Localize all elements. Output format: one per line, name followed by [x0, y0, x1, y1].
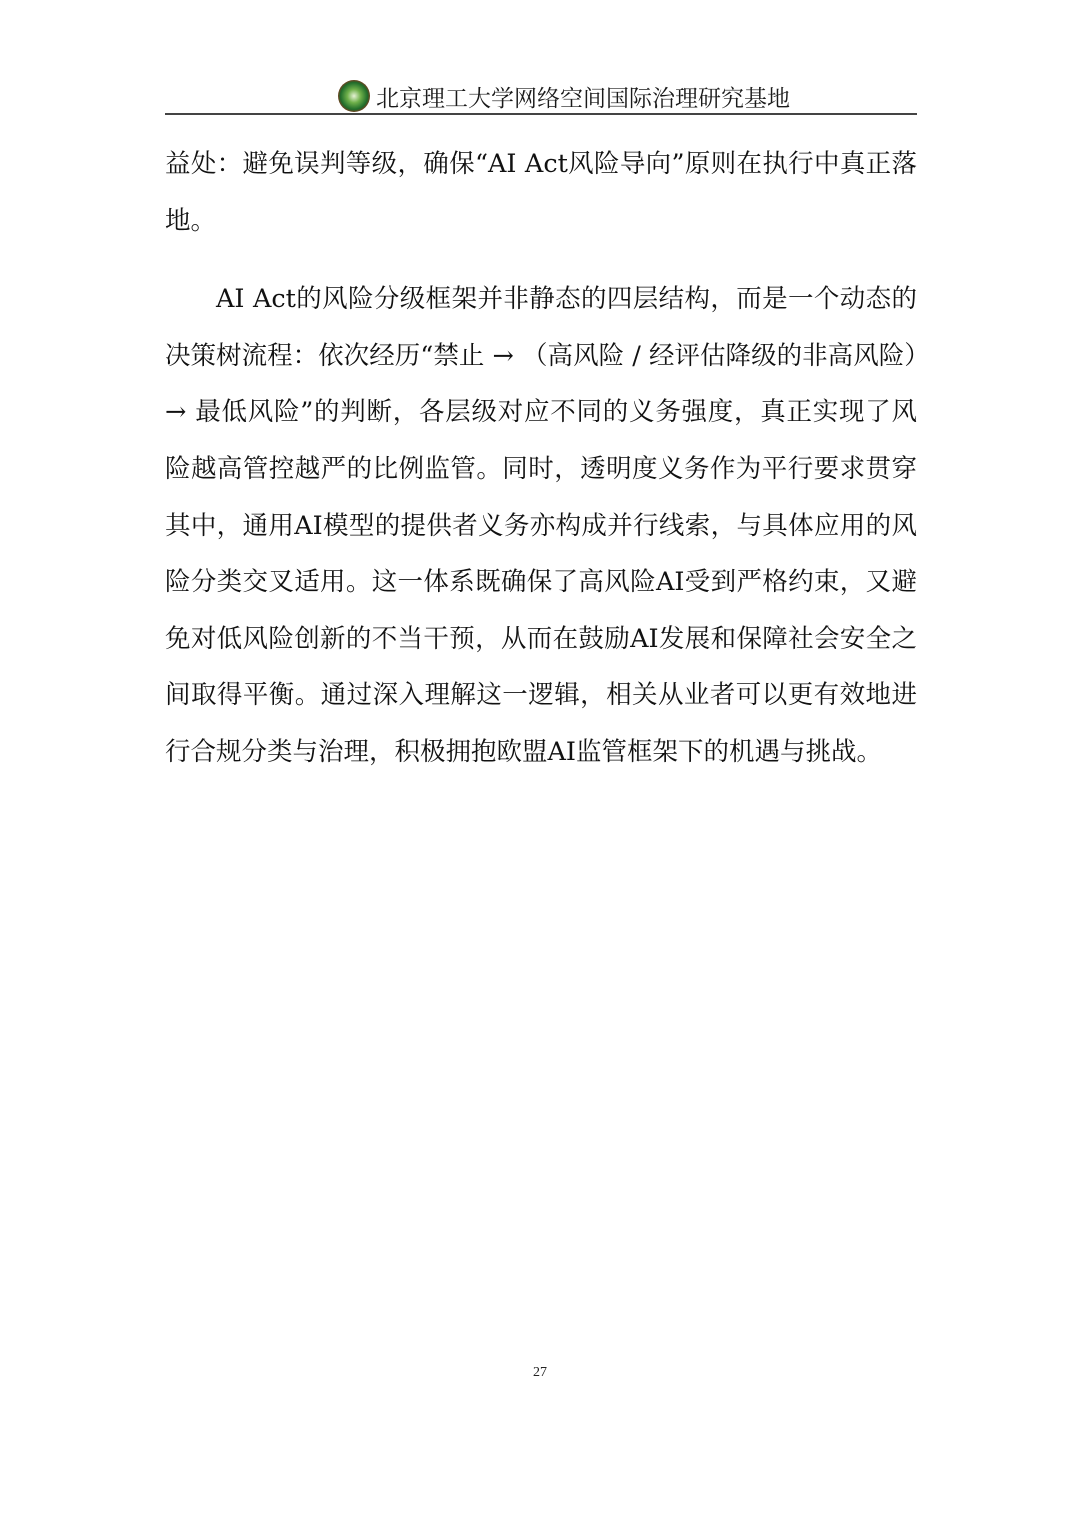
document-page: 北京理工大学网络空间国际治理研究基地 益处：避免误判等级，确保“AI Act风险…	[0, 0, 1080, 1527]
paragraph-1: 益处：避免误判等级，确保“AI Act风险导向”原则在执行中真正落地。	[165, 136, 917, 249]
paragraph-gap	[165, 249, 917, 271]
page-header: 北京理工大学网络空间国际治理研究基地	[165, 74, 917, 116]
university-emblem-icon	[338, 80, 370, 112]
header-brand: 北京理工大学网络空间国际治理研究基地	[338, 76, 790, 116]
page-number: 27	[0, 1365, 1080, 1381]
body-text: 益处：避免误判等级，确保“AI Act风险导向”原则在执行中真正落地。 AI A…	[165, 136, 917, 781]
header-title: 北京理工大学网络空间国际治理研究基地	[376, 80, 790, 113]
paragraph-2: AI Act的风险分级框架并非静态的四层结构，而是一个动态的决策树流程：依次经历…	[165, 271, 917, 780]
header-divider	[165, 113, 917, 115]
